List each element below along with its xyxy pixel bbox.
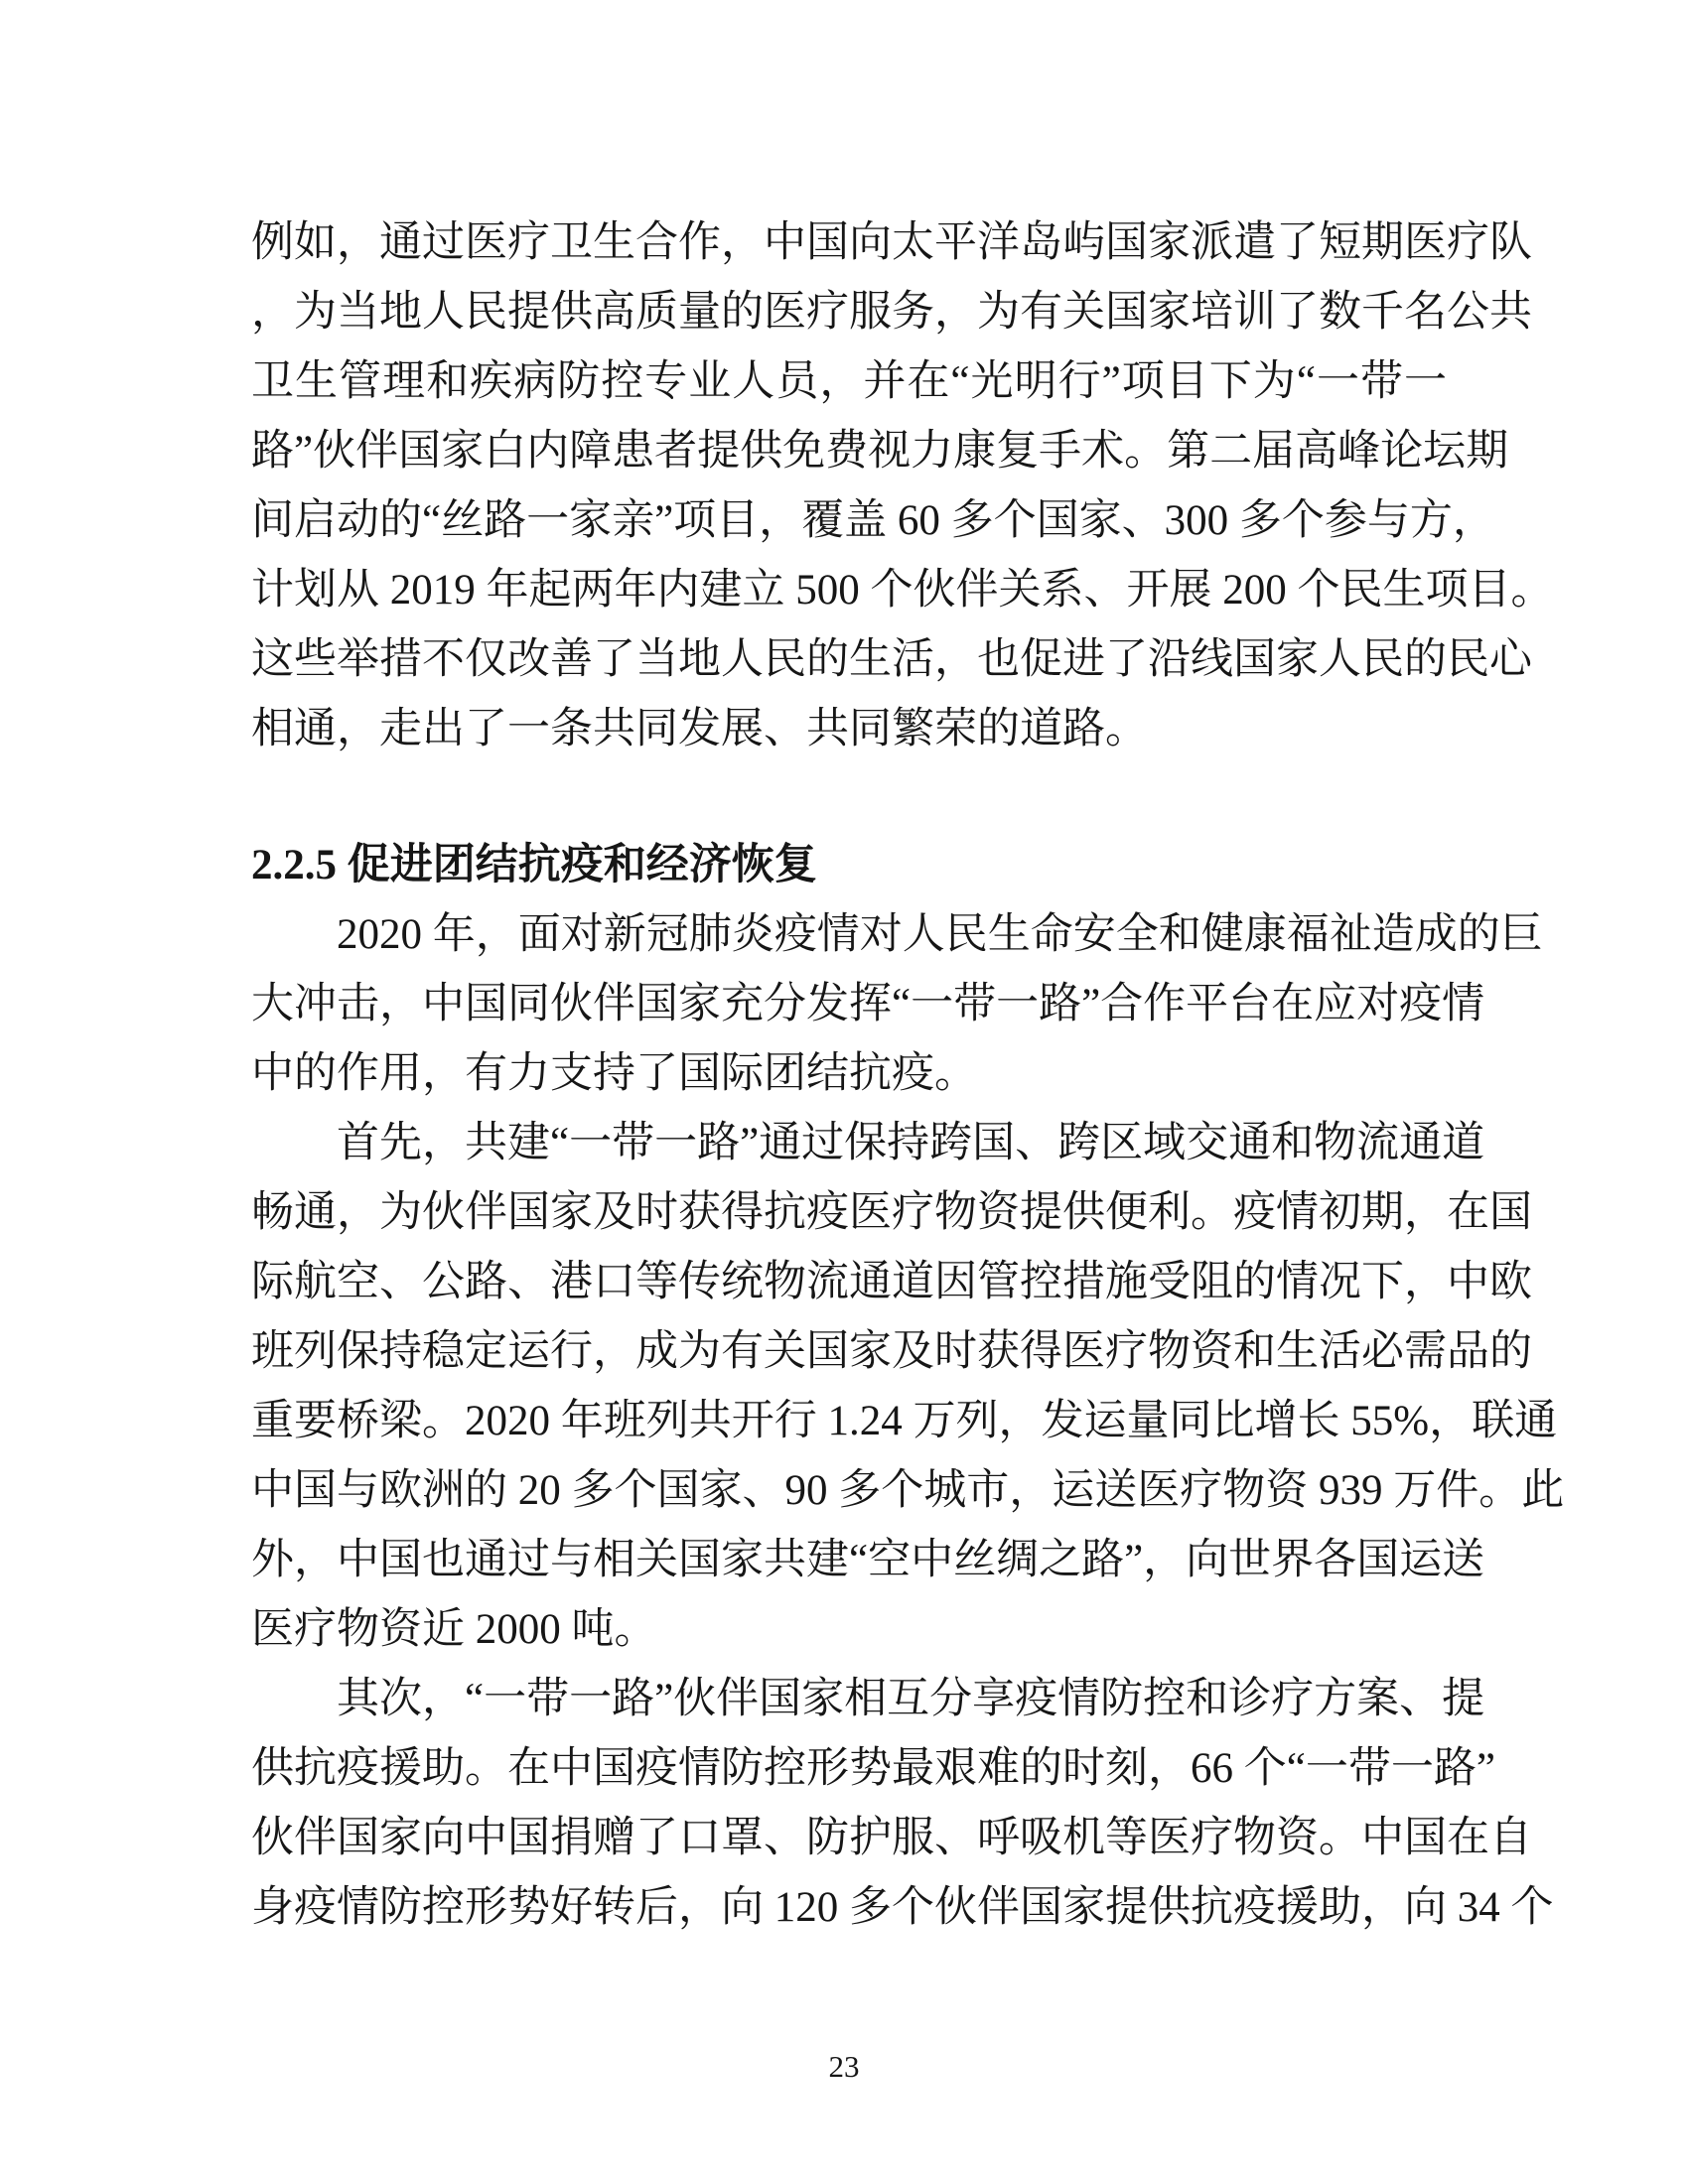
text-line: 医疗物资近 2000 吨。 xyxy=(251,1595,1447,1665)
text-line: 伙伴国家向中国捐赠了口罩、防护服、呼吸机等医疗物资。中国在自 xyxy=(251,1804,1447,1873)
section-heading: 2.2.5 促进团结抗疫和经济恢复 xyxy=(251,831,1447,900)
text-line: ，为当地人民提供高质量的医疗服务，为有关国家培训了数千名公共 xyxy=(251,278,1447,347)
text-line: 中国与欧洲的 20 多个国家、90 多个城市，运送医疗物资 939 万件。此 xyxy=(251,1456,1447,1526)
text-line: 计划从 2019 年起两年内建立 500 个伙伴关系、开展 200 个民生项目。 xyxy=(251,556,1447,625)
text-line: 例如，通过医疗卫生合作，中国向太平洋岛屿国家派遣了短期医疗队 xyxy=(251,208,1447,278)
text-line: 首先，共建“一带一路”通过保持跨国、跨区域交通和物流通道 xyxy=(251,1109,1447,1178)
text-line: 身疫情防控形势好转后，向 120 多个伙伴国家提供抗疫援助，向 34 个 xyxy=(251,1873,1447,1943)
text-line: 中的作用，有力支持了国际团结抗疫。 xyxy=(251,1039,1447,1109)
paragraph: 其次，“一带一路”伙伴国家相互分享疫情防控和诊疗方案、提供抗疫援助。在中国疫情防… xyxy=(251,1665,1447,1943)
text-line: 际航空、公路、港口等传统物流通道因管控措施受阻的情况下，中欧 xyxy=(251,1248,1447,1317)
document-page: 例如，通过医疗卫生合作，中国向太平洋岛屿国家派遣了短期医疗队，为当地人民提供高质… xyxy=(0,0,1688,2184)
text-line: 间启动的“丝路一家亲”项目，覆盖 60 多个国家、300 多个参与方， xyxy=(251,486,1447,556)
page-number: 23 xyxy=(0,2047,1688,2087)
text-line: 重要桥梁。2020 年班列共开行 1.24 万列，发运量同比增长 55%，联通 xyxy=(251,1387,1447,1456)
text-line: 畅通，为伙伴国家及时获得抗疫医疗物资提供便利。疫情初期，在国 xyxy=(251,1178,1447,1248)
text-line: 2020 年，面对新冠肺炎疫情对人民生命安全和健康福祉造成的巨 xyxy=(251,900,1447,970)
text-line: 相通，走出了一条共同发展、共同繁荣的道路。 xyxy=(251,695,1447,764)
text-line: 供抗疫援助。在中国疫情防控形势最艰难的时刻，66 个“一带一路” xyxy=(251,1734,1447,1804)
text-line: 班列保持稳定运行，成为有关国家及时获得医疗物资和生活必需品的 xyxy=(251,1317,1447,1387)
paragraph: 首先，共建“一带一路”通过保持跨国、跨区域交通和物流通道畅通，为伙伴国家及时获得… xyxy=(251,1109,1447,1665)
text-line: 路”伙伴国家白内障患者提供免费视力康复手术。第二届高峰论坛期 xyxy=(251,417,1447,486)
text-line: 其次，“一带一路”伙伴国家相互分享疫情防控和诊疗方案、提 xyxy=(251,1665,1447,1734)
document-body: 例如，通过医疗卫生合作，中国向太平洋岛屿国家派遣了短期医疗队，为当地人民提供高质… xyxy=(251,208,1447,1943)
text-line: 卫生管理和疾病防控专业人员，并在“光明行”项目下为“一带一 xyxy=(251,347,1447,417)
text-line: 大冲击，中国同伙伴国家充分发挥“一带一路”合作平台在应对疫情 xyxy=(251,970,1447,1039)
paragraph: 例如，通过医疗卫生合作，中国向太平洋岛屿国家派遣了短期医疗队，为当地人民提供高质… xyxy=(251,208,1447,764)
text-line: 这些举措不仅改善了当地人民的生活，也促进了沿线国家人民的民心 xyxy=(251,625,1447,695)
paragraph: 2020 年，面对新冠肺炎疫情对人民生命安全和健康福祉造成的巨大冲击，中国同伙伴… xyxy=(251,900,1447,1109)
text-line: 外，中国也通过与相关国家共建“空中丝绸之路”，向世界各国运送 xyxy=(251,1526,1447,1595)
